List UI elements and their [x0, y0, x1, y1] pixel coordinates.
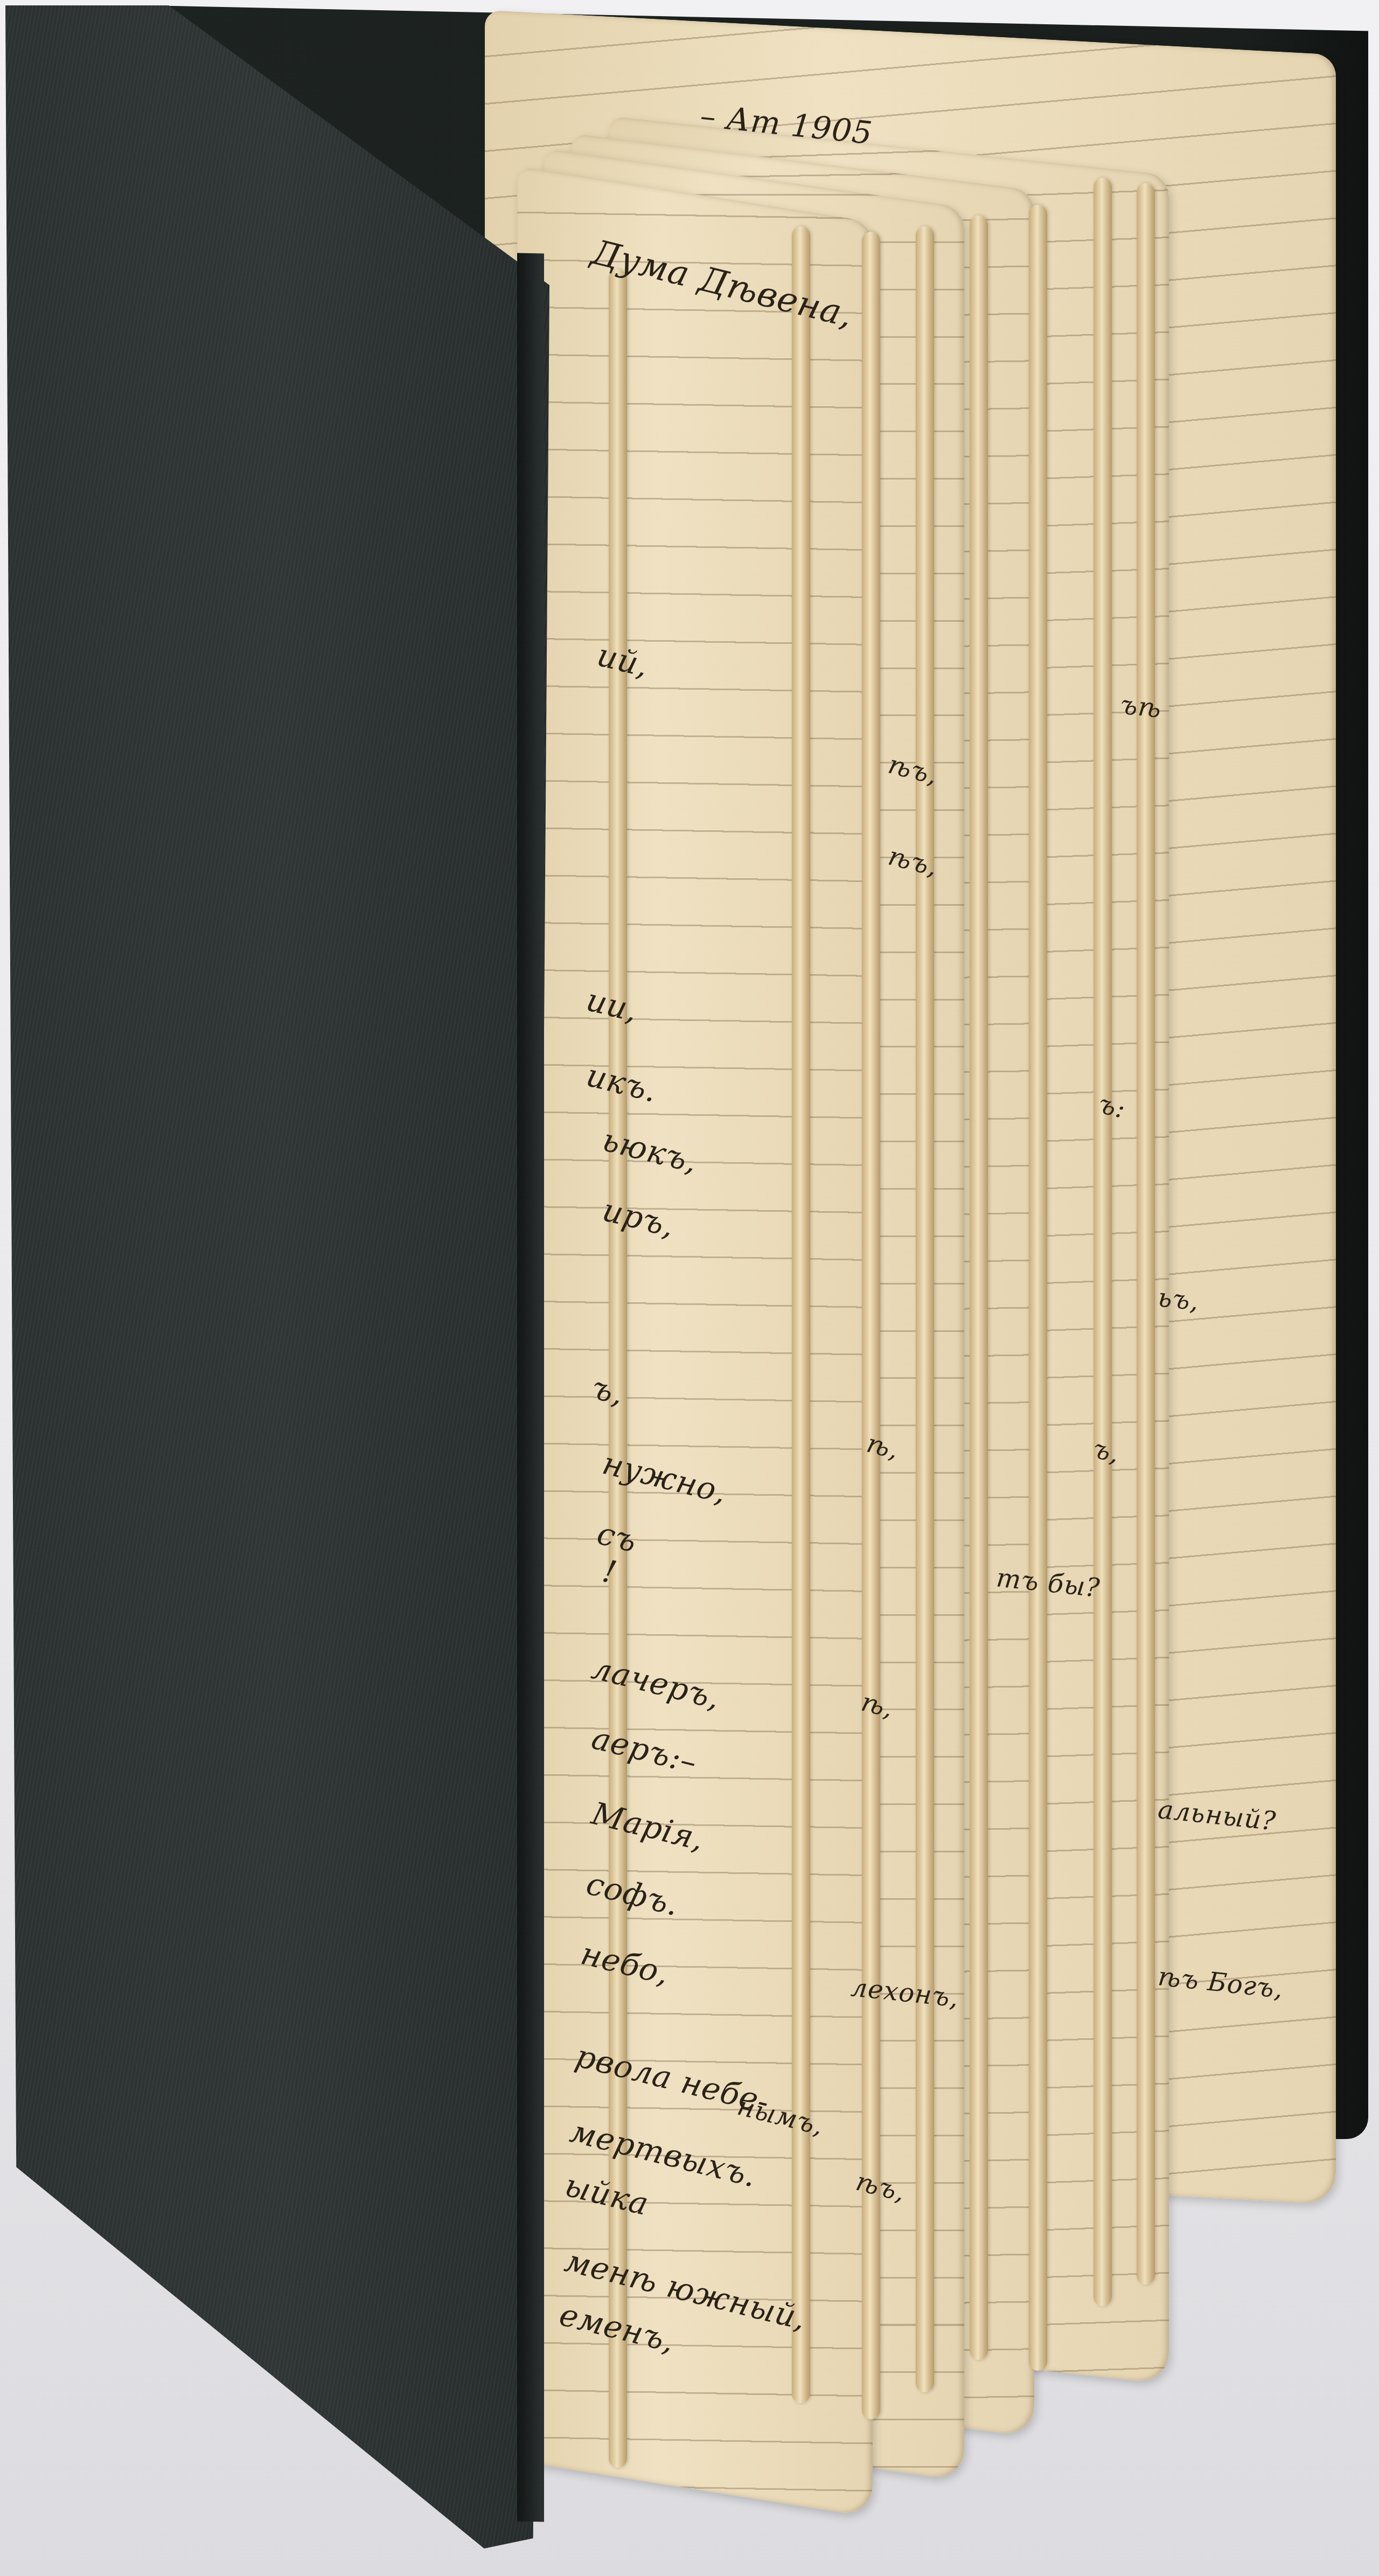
front-cover-edge: [517, 253, 544, 2522]
page-edge: [1029, 205, 1047, 2371]
page-edge: [1094, 178, 1112, 2306]
page-edge: [792, 226, 810, 2403]
handwriting-line: ъѣ: [1119, 690, 1163, 724]
page-edge: [916, 226, 934, 2392]
front-cover: [5, 5, 549, 2549]
handwriting-line: ьъ,: [1157, 1282, 1201, 1317]
page-edge: [862, 232, 880, 2419]
notebook-photo: – Ат 1905 Дума Дѣвена, ий, ии, икъ. ьюкъ…: [0, 0, 1379, 2576]
page-edge: [970, 216, 988, 2360]
page-edge: [1137, 183, 1155, 2285]
